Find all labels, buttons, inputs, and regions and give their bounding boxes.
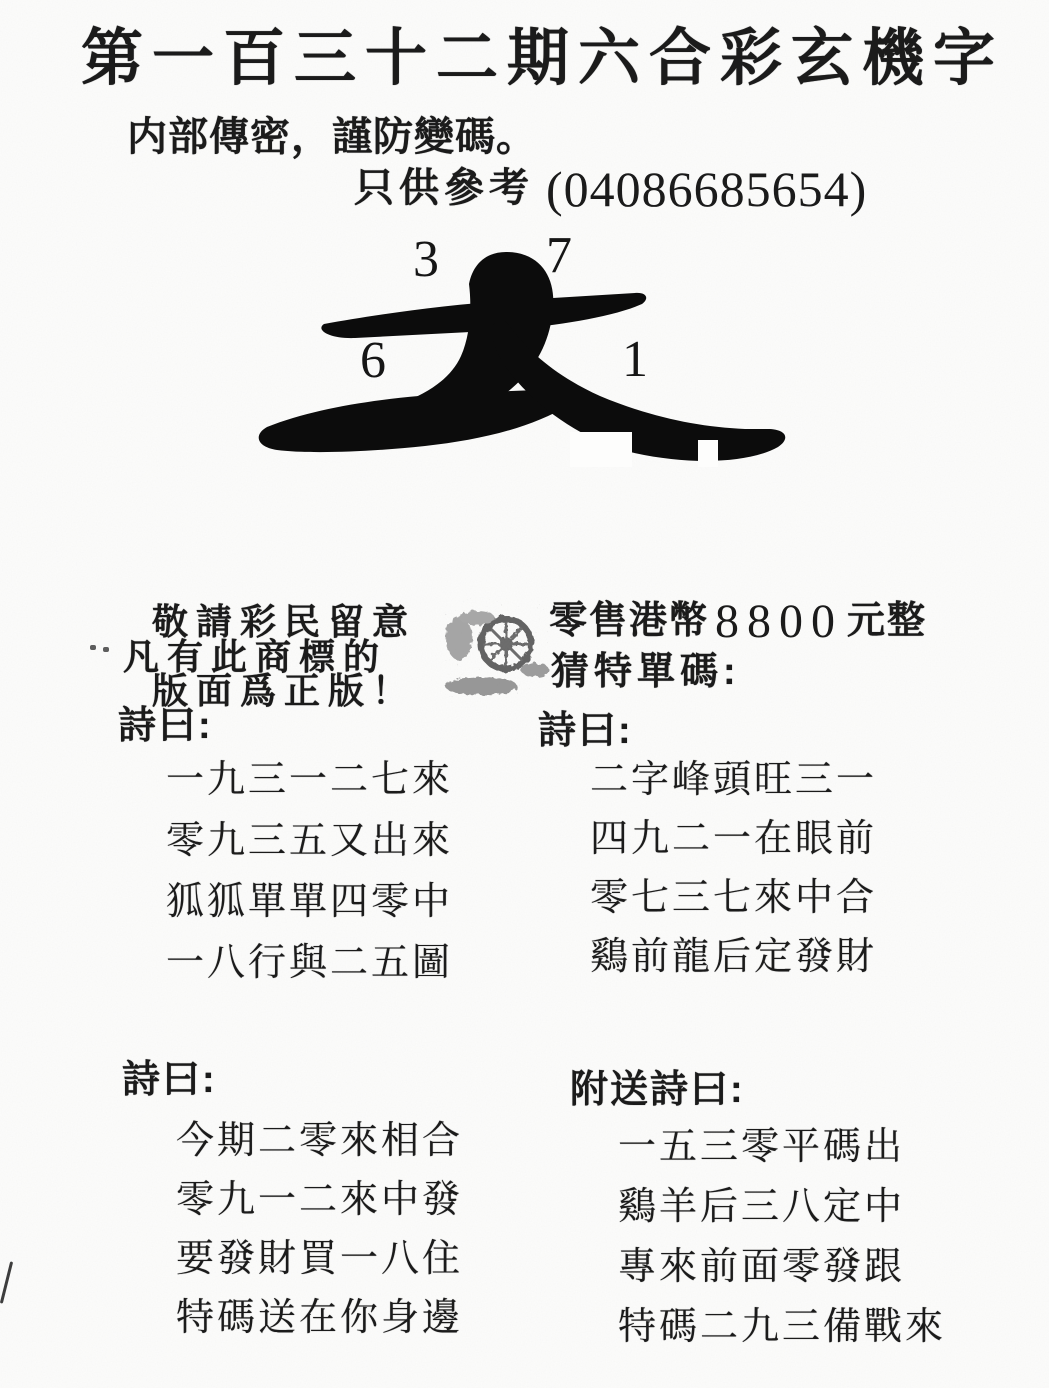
poem2-label: 詩曰: (538, 712, 633, 750)
scan-speck (103, 647, 109, 652)
verse-line: 零七三七來中合 (590, 869, 877, 928)
verse-line: 今期二零來相合 (176, 1112, 463, 1171)
verse-line: 一九三一二七來 (166, 750, 453, 811)
price-prefix: 零售港幣 (549, 600, 709, 642)
scan-slash-mark (0, 1261, 13, 1303)
verse-line: 零九一二來中發 (176, 1171, 463, 1230)
digit-top-right: 7 (546, 230, 572, 282)
poem4-verses: 一五三零平碼出 鷄羊后三八定中 專來前面零發跟 特碼二九三備戰來 (618, 1117, 946, 1357)
reference-number: (04086685654) (546, 161, 867, 217)
verse-line: 四九二一在眼前 (590, 810, 877, 869)
verse-line: 要發財買一八住 (176, 1230, 463, 1289)
verse-line: 零九三五又出來 (166, 811, 453, 872)
verse-line: 特碼送在你身邊 (176, 1289, 463, 1348)
reference-label: 只供參考 (354, 166, 534, 210)
reference-line: 只供參考(04086685654) (354, 164, 867, 214)
verse-line: 一五三零平碼出 (618, 1117, 946, 1177)
poem1-label: 詩曰: (118, 707, 213, 745)
notice-line: 版面爲正版！ (123, 674, 416, 709)
digit-bottom-left: 6 (360, 335, 386, 387)
verse-line: 鷄羊后三八定中 (618, 1177, 946, 1237)
verse-line: 特碼二九三備戰來 (618, 1297, 946, 1357)
lottery-tip-sheet: 第一百三十二期六合彩玄機字 内部傳密，謹防變碼。 只供參考(0408668565… (0, 0, 1049, 1388)
digit-bottom-right: 1 (622, 334, 648, 386)
poem2-verses: 二字峰頭旺三一 四九二一在眼前 零七三七來中合 鷄前龍后定發財 (590, 751, 877, 987)
price-suffix: 元整 (847, 600, 927, 642)
poem3-label: 詩曰: (122, 1061, 217, 1099)
mystery-character-block: 大 3 7 6 1 (250, 232, 790, 467)
verse-line: 狐狐單單四零中 (166, 872, 453, 933)
guess-special-label: 猜特單碼: (551, 653, 741, 691)
verse-line: 二字峰頭旺三一 (590, 751, 877, 810)
scan-speck (90, 645, 96, 650)
poem1-verses: 一九三一二七來 零九三五又出來 狐狐單單四零中 一八行與二五圖 (166, 750, 453, 994)
poem4-label: 附送詩曰: (570, 1071, 745, 1109)
authenticity-notice: 敬請彩民留意 凡有此商標的 版面爲正版！ (123, 605, 416, 709)
notice-line: 敬請彩民留意 (123, 605, 416, 640)
verse-line: 鷄前龍后定發財 (590, 928, 877, 987)
secrecy-note: 内部傳密，謹防變碼。 (127, 117, 537, 157)
verse-line: 一八行與二五圖 (166, 933, 453, 994)
page-title: 第一百三十二期六合彩玄機字 (0, 28, 1049, 90)
poem3-verses: 今期二零來相合 零九一二來中發 要發財買一八住 特碼送在你身邊 (176, 1112, 463, 1348)
verse-line: 專來前面零發跟 (618, 1237, 946, 1297)
price-line: 零售港幣8800元整 (549, 598, 927, 646)
notice-line: 凡有此商標的 (123, 640, 416, 675)
price-amount: 8800 (715, 595, 843, 648)
digit-top-left: 3 (413, 234, 439, 286)
wheel-trademark-stamp-icon (443, 596, 557, 700)
